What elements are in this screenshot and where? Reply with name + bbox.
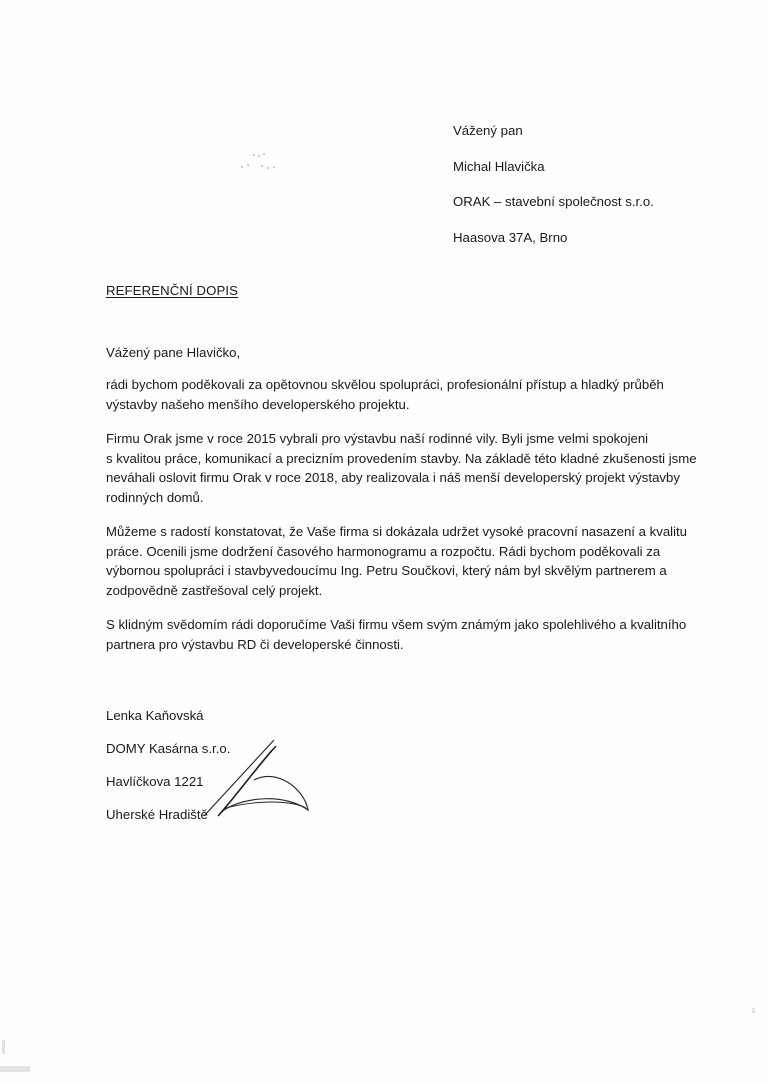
paragraph-line: neváhali oslovit firmu Orak v roce 2018,… [106,468,706,488]
addressee-address: Haasova 37A, Brno [453,226,753,250]
paragraph-appreciation: Můžeme s radostí konstatovat, že Vaše fi… [106,522,706,600]
letter-body: rádi bychom poděkovali za opětovnou skvě… [106,375,706,669]
paragraph-line: výstavby našeho menšího developerského p… [106,395,706,415]
sender-name: Lenka Kaňovská [106,705,366,727]
paragraph-line: rádi bychom poděkovali za opětovnou skvě… [106,375,706,395]
scan-artifact [233,152,283,178]
addressee-block: Vážený pan Michal Hlavička ORAK – staveb… [453,119,753,261]
signature-icon [196,728,316,828]
letter-heading: REFERENČNÍ DOPIS [106,283,238,298]
addressee-name: Michal Hlavička [453,155,753,179]
paragraph-thanks: rádi bychom poděkovali za opětovnou skvě… [106,375,706,414]
salutation: Vážený pane Hlavičko, [106,345,240,360]
paragraph-line: Můžeme s radostí konstatovat, že Vaše fi… [106,522,706,542]
paragraph-line: s kvalitou práce, komunikací a precizním… [106,449,706,469]
scan-speck [0,1066,30,1072]
paragraph-line: zodpovědně zastřešoval celý projekt. [106,581,706,601]
scan-speck [2,1040,5,1054]
paragraph-line: S klidným svědomím rádi doporučíme Vaši … [106,615,706,635]
scan-speck [752,1008,755,1013]
paragraph-line: rodinných domů. [106,488,706,508]
letter-page: Vážený pan Michal Hlavička ORAK – staveb… [0,0,768,1082]
paragraph-line: partnera pro výstavbu RD či developerské… [106,635,706,655]
paragraph-line: výbornou spolupráci i stavbyvedoucímu In… [106,561,706,581]
paragraph-history: Firmu Orak jsme v roce 2015 vybrali pro … [106,429,706,507]
addressee-company: ORAK – stavební společnost s.r.o. [453,190,753,214]
paragraph-line: práce. Ocenili jsme dodržení časového ha… [106,542,706,562]
paragraph-recommendation: S klidným svědomím rádi doporučíme Vaši … [106,615,706,654]
addressee-greeting: Vážený pan [453,119,753,143]
paragraph-line: Firmu Orak jsme v roce 2015 vybrali pro … [106,429,706,449]
